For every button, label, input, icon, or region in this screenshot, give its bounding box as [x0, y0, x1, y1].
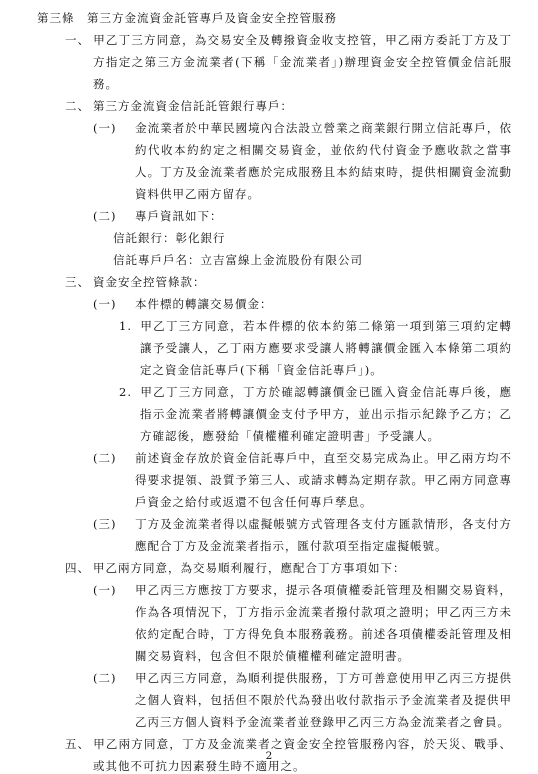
page-number: 2 [0, 750, 538, 762]
clause-text: 甲乙丙三方同意，為順利提供服務，丁方可善意使用甲乙丙三方提供之個人資料，包括但不… [135, 671, 512, 729]
clause-label: (二) [93, 667, 135, 689]
clause-text: 資金安全控管條款： [93, 275, 206, 289]
clause-label: (二) [93, 205, 135, 227]
clause-label: (一) [93, 117, 135, 139]
clause-paragraph: (一)金流業者於中華民國境內合法設立營業之商業銀行開立信託專戶，依約代收本約約定… [37, 117, 512, 205]
clause-paragraph: 信託專戶戶名：立吉富線上金流股份有限公司 [37, 249, 512, 271]
clause-text: 專戶資訊如下： [135, 209, 223, 223]
clause-label: (一) [93, 293, 135, 315]
clause-label: (三) [93, 513, 135, 535]
clause-paragraph: (一)本件標的轉讓交易價金： [37, 293, 512, 315]
clause-paragraph: 二、第三方金流資金信託託管銀行專戶： [37, 95, 512, 117]
clause-label: (二) [93, 447, 135, 469]
clause-text: 本件標的轉讓交易價金： [135, 297, 273, 311]
contract-article: 第三條 第三方金流資金託管專戶及資金安全控管服務 一、甲乙丁三方同意，為交易安全… [37, 7, 512, 774]
clause-text: 丁方及金流業者得以虛擬帳號方式管理各支付方匯款情形，各支付方應配合丁方及金流業者… [135, 517, 512, 553]
clause-paragraph: (三)丁方及金流業者得以虛擬帳號方式管理各支付方匯款情形，各支付方應配合丁方及金… [37, 513, 512, 557]
clause-label: 1. [119, 315, 140, 337]
clause-text: 甲乙丁三方同意，若本件標的依本約第二條第一項到第三項約定轉讓予受讓人，乙丁兩方應… [140, 319, 512, 377]
clause-paragraph: 三、資金安全控管條款： [37, 271, 512, 293]
clause-text: 信託銀行：彰化銀行 [113, 231, 226, 245]
clause-paragraph: 1.甲乙丁三方同意，若本件標的依本約第二條第一項到第三項約定轉讓予受讓人，乙丁兩… [37, 315, 512, 381]
clause-text: 第三方金流資金信託託管銀行專戶： [93, 99, 293, 113]
clause-paragraph: (二)甲乙丙三方同意，為順利提供服務，丁方可善意使用甲乙丙三方提供之個人資料，包… [37, 667, 512, 733]
clause-paragraph: 2.甲乙丁三方同意，丁方於確認轉讓價金已匯入資金信託專戶後，應指示金流業者將轉讓… [37, 381, 512, 447]
clause-label: 一、 [65, 29, 93, 51]
article-title: 第三條 第三方金流資金託管專戶及資金安全控管服務 [37, 7, 512, 29]
clause-label: (一) [93, 579, 135, 601]
clause-text: 信託專戶戶名：立吉富線上金流股份有限公司 [113, 253, 363, 267]
clause-text: 前述資金存放於資金信託專戶中，直至交易完成為止。甲乙兩方均不得要求提領、設質予第… [135, 451, 512, 509]
clause-paragraph: (二)專戶資訊如下： [37, 205, 512, 227]
clause-text: 甲乙丁三方同意，丁方於確認轉讓價金已匯入資金信託專戶後，應指示金流業者將轉讓價金… [140, 385, 512, 443]
clause-paragraph: 四、甲乙兩方同意，為交易順利履行，應配合丁方事項如下： [37, 557, 512, 579]
clause-label: 2. [119, 381, 140, 403]
document-page: 第三條 第三方金流資金託管專戶及資金安全控管服務 一、甲乙丁三方同意，為交易安全… [0, 0, 538, 774]
clause-paragraph: 信託銀行：彰化銀行 [37, 227, 512, 249]
clause-paragraph: (一)甲乙丙三方應按丁方要求，提示各項債權委託管理及相關交易資料，作為各項情況下… [37, 579, 512, 667]
clause-text: 甲乙丙三方應按丁方要求，提示各項債權委託管理及相關交易資料，作為各項情況下，丁方… [135, 583, 512, 663]
document-body: 一、甲乙丁三方同意，為交易安全及轉撥資金收支控管，甲乙兩方委託丁方及丁方指定之第… [37, 29, 512, 774]
clause-label: 二、 [65, 95, 93, 117]
clause-text: 甲乙兩方同意，為交易順利履行，應配合丁方事項如下： [93, 561, 406, 575]
clause-paragraph: (二)前述資金存放於資金信託專戶中，直至交易完成為止。甲乙兩方均不得要求提領、設… [37, 447, 512, 513]
clause-label: 三、 [65, 271, 93, 293]
clause-text: 金流業者於中華民國境內合法設立營業之商業銀行開立信託專戶，依約代收本約約定之相關… [135, 121, 512, 201]
clause-text: 甲乙丁三方同意，為交易安全及轉撥資金收支控管，甲乙兩方委託丁方及丁方指定之第三方… [93, 33, 512, 91]
clause-paragraph: 一、甲乙丁三方同意，為交易安全及轉撥資金收支控管，甲乙兩方委託丁方及丁方指定之第… [37, 29, 512, 95]
clause-label: 四、 [65, 557, 93, 579]
